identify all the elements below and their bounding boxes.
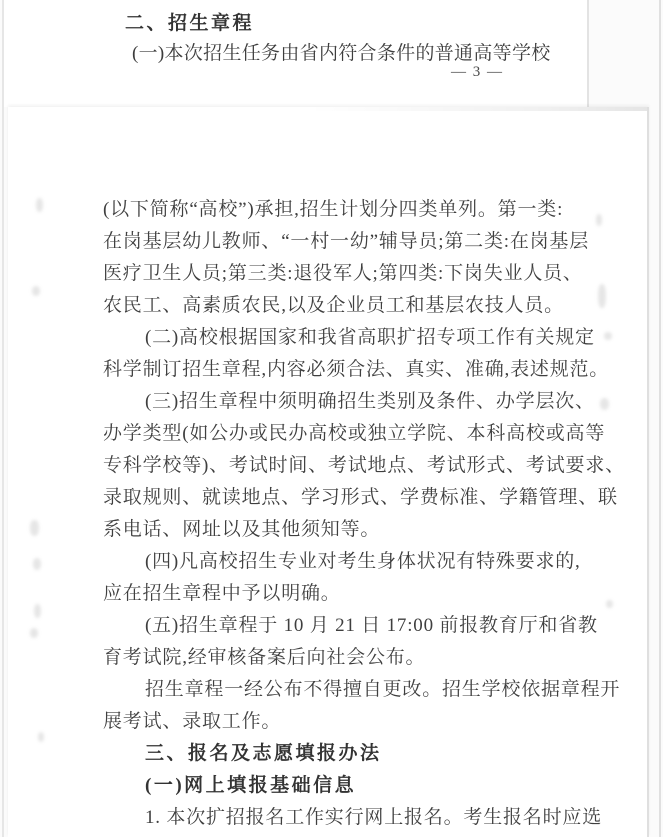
scan-smudge	[32, 286, 40, 296]
text-line: 系电话、网址以及其他须知等。	[103, 514, 593, 546]
scan-smudge	[606, 600, 613, 608]
text-line: 招生章程一经公布不得擅自更改。招生学校依据章程开	[103, 674, 593, 706]
paragraph-first-line: (一)本次招生任务由省内符合条件的普通高等学校	[132, 38, 551, 65]
scan-edge-right	[659, 0, 661, 837]
text-line: 专科学校等)、考试时间、考试地点、考试形式、考试要求、	[103, 450, 593, 482]
text-line: (一)网上填报基础信息	[103, 770, 593, 802]
text-line: (五)招生章程于 10 月 21 日 17:00 前报教育厅和省教	[103, 610, 593, 642]
text-line: (二)高校根据国家和我省高职扩招专项工作有关规定	[103, 322, 593, 354]
text-line: 办学类型(如公办或民办高校或独立学院、本科高校或高等	[103, 418, 593, 450]
text-line: 1. 本次扩招报名工作实行网上报名。考生报名时应选	[103, 802, 593, 834]
document-body: (以下简称“高校”)承担,招生计划分四类单列。第一类:在岗基层幼儿教师、“一村一…	[103, 194, 593, 834]
text-line: 三、报名及志愿填报办法	[103, 738, 593, 770]
text-line: (四)凡高校招生专业对考生身体状况有特殊要求的,	[103, 546, 593, 578]
scan-smudge	[596, 214, 602, 226]
text-line: 录取规则、就读地点、学习形式、学费标准、学籍管理、联	[103, 482, 593, 514]
scan-smudge	[598, 284, 606, 308]
text-line: (三)招生章程中须明确招生类别及条件、办学层次、	[103, 386, 593, 418]
scan-smudge	[34, 604, 41, 618]
scan-smudge	[38, 732, 44, 742]
page-number: — 3 —	[451, 64, 504, 81]
section-heading: 二、招生章程	[125, 8, 254, 35]
text-line: 医疗卫生人员;第三类:退役军人;第四类:下岗失业人员、	[103, 258, 593, 290]
text-line: 应在招生章程中予以明确。	[103, 578, 593, 610]
scan-smudge	[30, 628, 38, 638]
text-line: 展考试、录取工作。	[103, 706, 593, 738]
text-line: (以下简称“高校”)承担,招生计划分四类单列。第一类:	[103, 194, 593, 226]
scanned-document-view: { "colors": { "page_background": "#fffff…	[0, 0, 663, 837]
scan-smudge	[36, 198, 43, 212]
scan-smudge	[33, 558, 41, 570]
scan-smudge	[604, 332, 612, 340]
text-line: 科学制订招生章程,内容必须合法、真实、准确,表述规范。	[103, 354, 593, 386]
scan-smudge	[600, 398, 609, 410]
text-line: 在岗基层幼儿教师、“一村一幼”辅导员;第二类:在岗基层	[103, 226, 593, 258]
text-line: 农民工、高素质农民,以及企业员工和基层农技人员。	[103, 290, 593, 322]
text-line: 育考试院,经审核备案后向社会公布。	[103, 642, 593, 674]
scan-smudge	[30, 520, 39, 536]
page-4: (以下简称“高校”)承担,招生计划分四类单列。第一类:在岗基层幼儿教师、“一村一…	[8, 107, 649, 837]
scan-edge-left	[2, 0, 4, 837]
page-3-fragment: 二、招生章程 (一)本次招生任务由省内符合条件的普通高等学校 — 3 —	[4, 0, 589, 107]
